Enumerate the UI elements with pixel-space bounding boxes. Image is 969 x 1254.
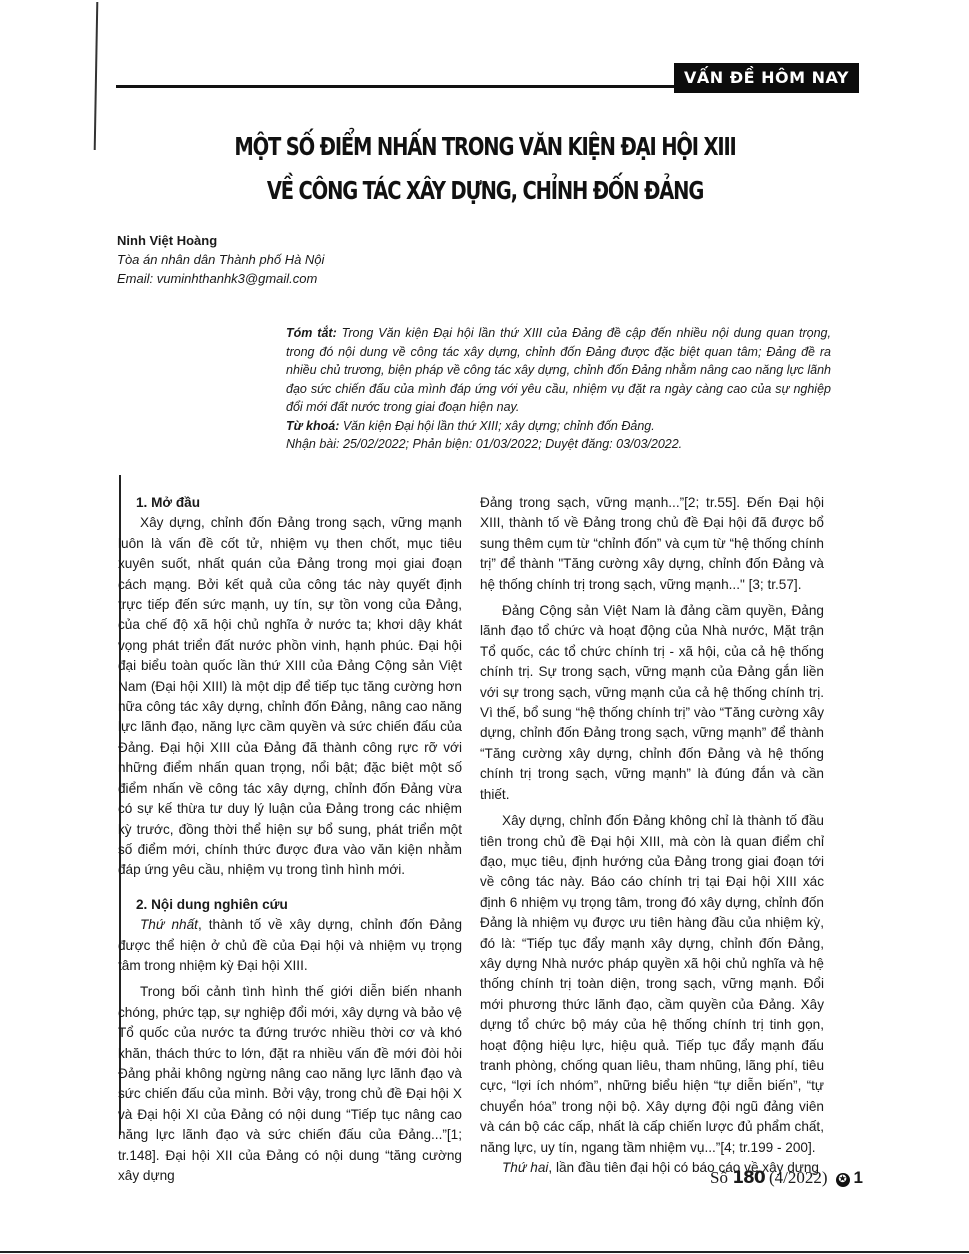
- abstract-keywords: Từ khoá: Văn kiện Đại hội lần thứ XIII; …: [286, 417, 831, 436]
- author-email: Email: vuminhthanhk3@gmail.com: [117, 269, 324, 288]
- title-line-1: MỘT SỐ ĐIỂM NHẤN TRONG VĂN KIỆN ĐẠI HỘI …: [224, 125, 747, 169]
- page-number: 1: [854, 1168, 863, 1187]
- section-tag: VẤN ĐỀ HÔM NAY: [674, 63, 859, 93]
- paragraph: Đảng Cộng sản Việt Nam là đảng cầm quyền…: [480, 601, 824, 805]
- paragraph: Đảng trong sạch, vững mạnh...”[2; tr.55]…: [480, 493, 824, 595]
- issue-prefix: Số: [710, 1168, 732, 1187]
- keywords-text: Văn kiện Đại hội lần thứ XIII; xây dựng;…: [339, 419, 654, 433]
- scan-edge-line: [94, 2, 99, 150]
- issue-date: (4/2022): [765, 1168, 828, 1187]
- abstract: Tóm tắt: Trong Văn kiện Đại hội lần thứ …: [286, 324, 831, 454]
- page-footer: Số 180 (4/2022)✪1: [710, 1168, 863, 1188]
- abstract-summary: Tóm tắt: Trong Văn kiện Đại hội lần thứ …: [286, 324, 831, 417]
- paragraph: Thứ nhất, thành tố về xây dựng, chỉnh đố…: [118, 915, 462, 976]
- emphasis: Thứ hai: [502, 1160, 548, 1175]
- author-affiliation: Tòa án nhân dân Thành phố Hà Nội: [117, 250, 324, 269]
- paragraph: Trong bối cảnh tình hình thế giới diễn b…: [118, 982, 462, 1186]
- abstract-dates: Nhận bài: 25/02/2022; Phản biện: 01/03/2…: [286, 435, 831, 454]
- right-column: Đảng trong sạch, vững mạnh...”[2; tr.55]…: [480, 493, 824, 1178]
- author-block: Ninh Việt Hoàng Tòa án nhân dân Thành ph…: [117, 231, 324, 288]
- bottom-rule: [0, 1251, 969, 1253]
- issue-number: 180: [732, 1168, 765, 1188]
- title-line-2: VỀ CÔNG TÁC XÂY DỰNG, CHỈNH ĐỐN ĐẢNG: [224, 169, 747, 213]
- star-icon: ✪: [836, 1173, 850, 1187]
- abstract-text: Trong Văn kiện Đại hội lần thứ XIII của …: [286, 326, 831, 414]
- left-column: 1. Mở đầu Xây dựng, chỉnh đốn Đảng trong…: [118, 493, 462, 1186]
- article-title: MỘT SỐ ĐIỂM NHẤN TRONG VĂN KIỆN ĐẠI HỘI …: [224, 125, 747, 213]
- section-heading-intro: 1. Mở đầu: [118, 493, 462, 513]
- abstract-label: Tóm tắt:: [286, 326, 337, 340]
- section-heading-content: 2. Nội dung nghiên cứu: [118, 895, 462, 915]
- keywords-label: Từ khoá:: [286, 419, 339, 433]
- paragraph: Xây dựng, chỉnh đốn Đảng không chỉ là th…: [480, 811, 824, 1158]
- paragraph: Xây dựng, chỉnh đốn Đảng trong sạch, vữn…: [118, 513, 462, 880]
- header-rule: [116, 85, 674, 88]
- author-name: Ninh Việt Hoàng: [117, 231, 324, 250]
- emphasis: Thứ nhất: [140, 917, 198, 932]
